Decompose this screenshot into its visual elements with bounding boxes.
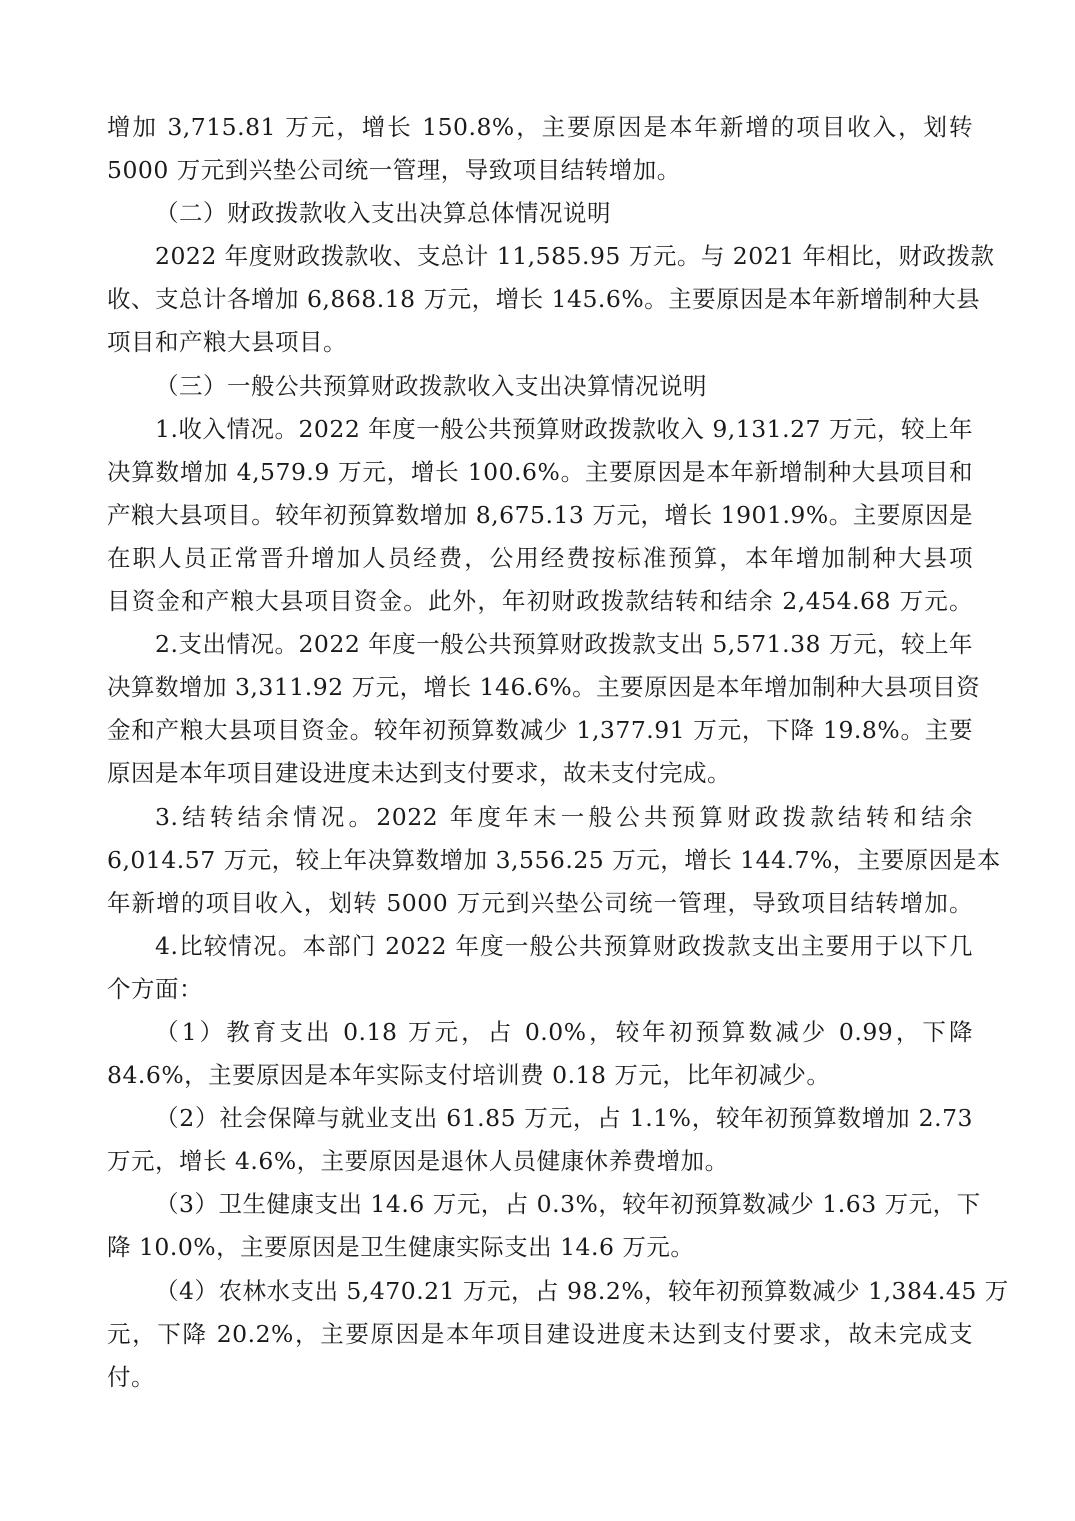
text-line: 降 10.0%，主要原因是卫生健康实际支出 14.6 万元。 <box>107 1226 973 1269</box>
text-line: 84.6%，主要原因是本年实际支付培训费 0.18 万元，比年初减少。 <box>107 1054 973 1097</box>
text-line: 万元，增长 4.6%，主要原因是退休人员健康休养费增加。 <box>107 1140 973 1183</box>
text-line: 5000 万元到兴垫公司统一管理，导致项目结转增加。 <box>107 149 973 192</box>
section-heading: （三）一般公共预算财政拨款收入支出决算情况说明 <box>107 365 973 408</box>
text-line: 付。 <box>107 1356 973 1399</box>
text-line: （4）农林水支出 5,470.21 万元，占 98.2%，较年初预算数减少 1,… <box>107 1270 973 1313</box>
text-line: （1）教育支出 0.18 万元，占 0.0%，较年初预算数减少 0.99，下降 <box>107 1011 973 1054</box>
text-line: 1.收入情况。2022 年度一般公共预算财政拨款收入 9,131.27 万元，较… <box>107 408 973 451</box>
text-line: 3.结转结余情况。2022 年度年末一般公共预算财政拨款结转和结余 <box>107 796 973 839</box>
text-line: 增加 3,715.81 万元，增长 150.8%，主要原因是本年新增的项目收入，… <box>107 106 973 149</box>
text-line: 产粮大县项目。较年初预算数增加 8,675.13 万元，增长 1901.9%。主… <box>107 494 973 537</box>
text-line: 目资金和产粮大县项目资金。此外，年初财政拨款结转和结余 2,454.68 万元。 <box>107 580 973 623</box>
document-page: 增加 3,715.81 万元，增长 150.8%，主要原因是本年新增的项目收入，… <box>107 106 973 1399</box>
text-line: 收、支总计各增加 6,868.18 万元，增长 145.6%。主要原因是本年新增… <box>107 278 973 321</box>
text-line: 决算数增加 3,311.92 万元，增长 146.6%。主要原因是本年增加制种大… <box>107 666 973 709</box>
text-line: 4.比较情况。本部门 2022 年度一般公共预算财政拨款支出主要用于以下几 <box>107 925 973 968</box>
text-line: （3）卫生健康支出 14.6 万元，占 0.3%，较年初预算数减少 1.63 万… <box>107 1183 973 1226</box>
text-line: 2022 年度财政拨款收、支总计 11,585.95 万元。与 2021 年相比… <box>107 235 973 278</box>
text-line: 6,014.57 万元，较上年决算数增加 3,556.25 万元，增长 144.… <box>107 839 973 882</box>
text-line: 年新增的项目收入，划转 5000 万元到兴垫公司统一管理，导致项目结转增加。 <box>107 882 973 925</box>
text-line: 元，下降 20.2%，主要原因是本年项目建设进度未达到支付要求，故未完成支 <box>107 1313 973 1356</box>
text-line: 决算数增加 4,579.9 万元，增长 100.6%。主要原因是本年新增制种大县… <box>107 451 973 494</box>
section-heading: （二）财政拨款收入支出决算总体情况说明 <box>107 192 973 235</box>
text-line: 原因是本年项目建设进度未达到支付要求，故未支付完成。 <box>107 752 973 795</box>
text-line: 个方面： <box>107 968 973 1011</box>
text-line: （2）社会保障与就业支出 61.85 万元，占 1.1%，较年初预算数增加 2.… <box>107 1097 973 1140</box>
text-line: 项目和产粮大县项目。 <box>107 321 973 364</box>
text-line: 2.支出情况。2022 年度一般公共预算财政拨款支出 5,571.38 万元，较… <box>107 623 973 666</box>
text-line: 在职人员正常晋升增加人员经费，公用经费按标准预算，本年增加制种大县项 <box>107 537 973 580</box>
text-line: 金和产粮大县项目资金。较年初预算数减少 1,377.91 万元，下降 19.8%… <box>107 709 973 752</box>
